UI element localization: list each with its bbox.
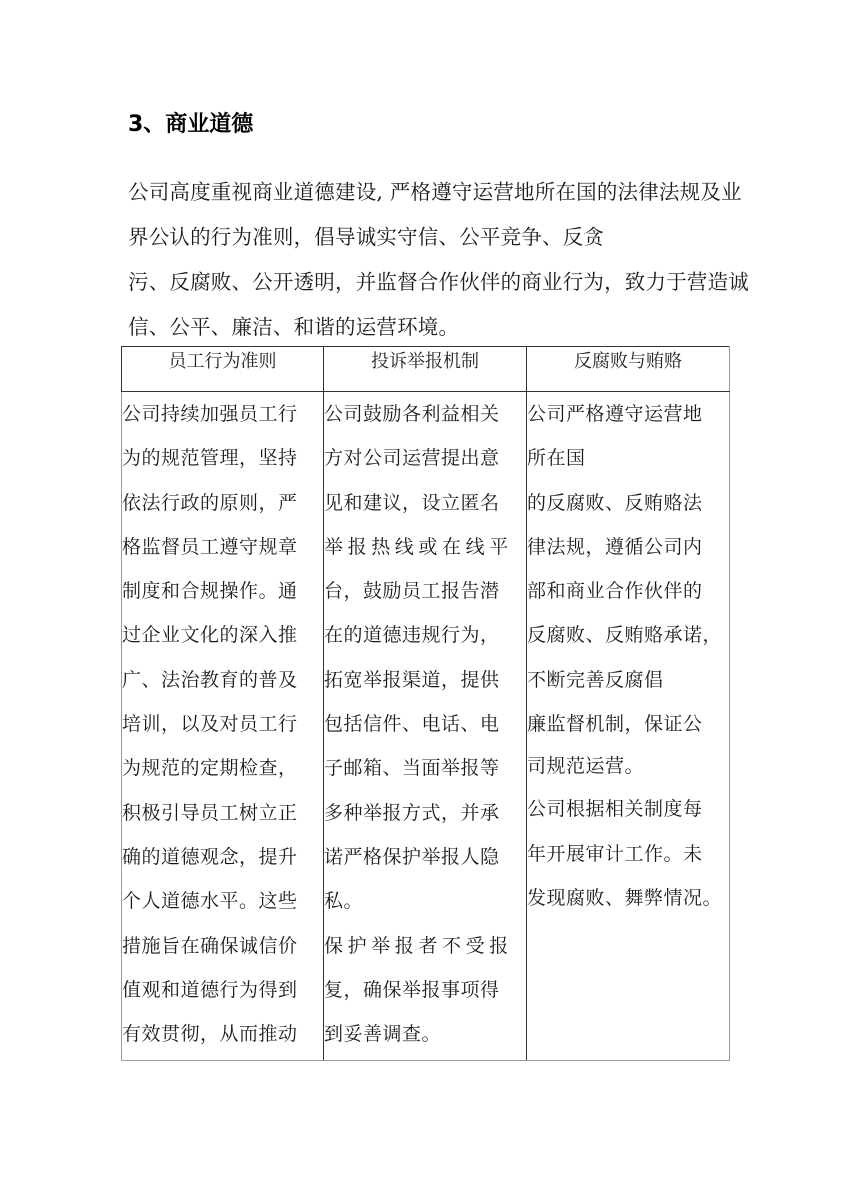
cell-line: 在的道德违规行为， xyxy=(324,613,526,657)
cell-line: 公司鼓励各利益相关 xyxy=(324,392,526,436)
cell-employee-conduct: 公司持续加强员工行 为的规范管理，坚持 依法行政的原则，严 格监督员工遵守规章 … xyxy=(122,392,324,1061)
header-employee-conduct: 员工行为准则 xyxy=(122,347,324,392)
cell-line: 见和建议，设立匿名 xyxy=(324,481,526,525)
cell-line: 措施旨在确保诚信价 xyxy=(122,924,323,968)
intro-line: 界公认的行为准则，倡导诚实守信、公平竞争、反贪 xyxy=(128,215,728,260)
cell-line: 确的道德观念，提升 xyxy=(122,835,323,879)
intro-line: 公司高度重视商业道德建设, 严格遵守运营地所在国的法律法规及业 xyxy=(128,170,728,215)
cell-line: 复，确保举报事项得 xyxy=(324,968,526,1012)
cell-line: 到妥善调查。 xyxy=(324,1012,526,1056)
table-row: 公司持续加强员工行 为的规范管理，坚持 依法行政的原则，严 格监督员工遵守规章 … xyxy=(122,392,730,1061)
cell-line: 私。 xyxy=(324,879,526,923)
cell-line: 培训，以及对员工行 xyxy=(122,702,323,746)
cell-line: 年开展审计工作。未 xyxy=(527,832,729,876)
cell-line: 部和商业合作伙伴的 xyxy=(527,569,729,613)
cell-line: 律法规，遵循公司内 xyxy=(527,525,729,569)
header-complaint-mechanism: 投诉举报机制 xyxy=(324,347,527,392)
cell-line: 司规范运营。 xyxy=(527,746,729,787)
cell-line: 值观和道德行为得到 xyxy=(122,968,323,1012)
cell-line: 多种举报方式，并承 xyxy=(324,791,526,835)
intro-line: 污、反腐败、公开透明，并监督合作伙伴的商业行为，致力于营造诚 xyxy=(128,260,728,305)
cell-line: 制度和合规操作。通 xyxy=(122,569,323,613)
table-header-row: 员工行为准则 投诉举报机制 反腐败与贿赂 xyxy=(122,347,730,392)
cell-line: 不断完善反腐倡 xyxy=(527,658,729,702)
cell-line: 保护举报者不受报 xyxy=(324,924,526,968)
cell-line: 举报热线或在线平 xyxy=(324,525,526,569)
cell-line: 子邮箱、当面举报等 xyxy=(324,746,526,790)
cell-line: 包括信件、电话、电 xyxy=(324,702,526,746)
cell-line: 的反腐败、反贿赂法 xyxy=(527,481,729,525)
cell-anti-corruption: 公司严格遵守运营地 所在国 的反腐败、反贿赂法 律法规，遵循公司内 部和商业合作… xyxy=(527,392,730,1061)
section-heading: 3、商业道德 xyxy=(128,110,253,140)
cell-line: 廉监督机制，保证公 xyxy=(527,702,729,746)
cell-line: 所在国 xyxy=(527,436,729,480)
cell-line: 过企业文化的深入推 xyxy=(122,613,323,657)
intro-paragraph: 公司高度重视商业道德建设, 严格遵守运营地所在国的法律法规及业 界公认的行为准则… xyxy=(128,170,728,350)
business-ethics-table: 员工行为准则 投诉举报机制 反腐败与贿赂 公司持续加强员工行 为的规范管理，坚持… xyxy=(121,346,730,1061)
header-anti-corruption: 反腐败与贿赂 xyxy=(527,347,730,392)
cell-complaint-mechanism: 公司鼓励各利益相关 方对公司运营提出意 见和建议，设立匿名 举报热线或在线平 台… xyxy=(324,392,527,1061)
cell-line: 格监督员工遵守规章 xyxy=(122,525,323,569)
cell-line: 诺严格保护举报人隐 xyxy=(324,835,526,879)
cell-line: 反腐败、反贿赂承诺， xyxy=(527,613,729,657)
cell-line: 有效贯彻，从而推动 xyxy=(122,1012,323,1056)
cell-line: 发现腐败、舞弊情况。 xyxy=(527,876,729,920)
intro-line: 信、公平、廉洁、和谐的运营环境。 xyxy=(128,305,728,350)
cell-line: 公司严格遵守运营地 xyxy=(527,392,729,436)
cell-line: 台，鼓励员工报告潜 xyxy=(324,569,526,613)
cell-line: 公司持续加强员工行 xyxy=(122,392,323,436)
cell-line: 积极引导员工树立正 xyxy=(122,791,323,835)
cell-line: 方对公司运营提出意 xyxy=(324,436,526,480)
cell-line: 拓宽举报渠道，提供 xyxy=(324,658,526,702)
cell-line: 为的规范管理，坚持 xyxy=(122,436,323,480)
cell-line: 依法行政的原则，严 xyxy=(122,481,323,525)
cell-line: 公司根据相关制度每 xyxy=(527,787,729,831)
cell-line: 为规范的定期检查， xyxy=(122,746,323,790)
cell-line: 个人道德水平。这些 xyxy=(122,879,323,923)
cell-line: 广、法治教育的普及 xyxy=(122,658,323,702)
